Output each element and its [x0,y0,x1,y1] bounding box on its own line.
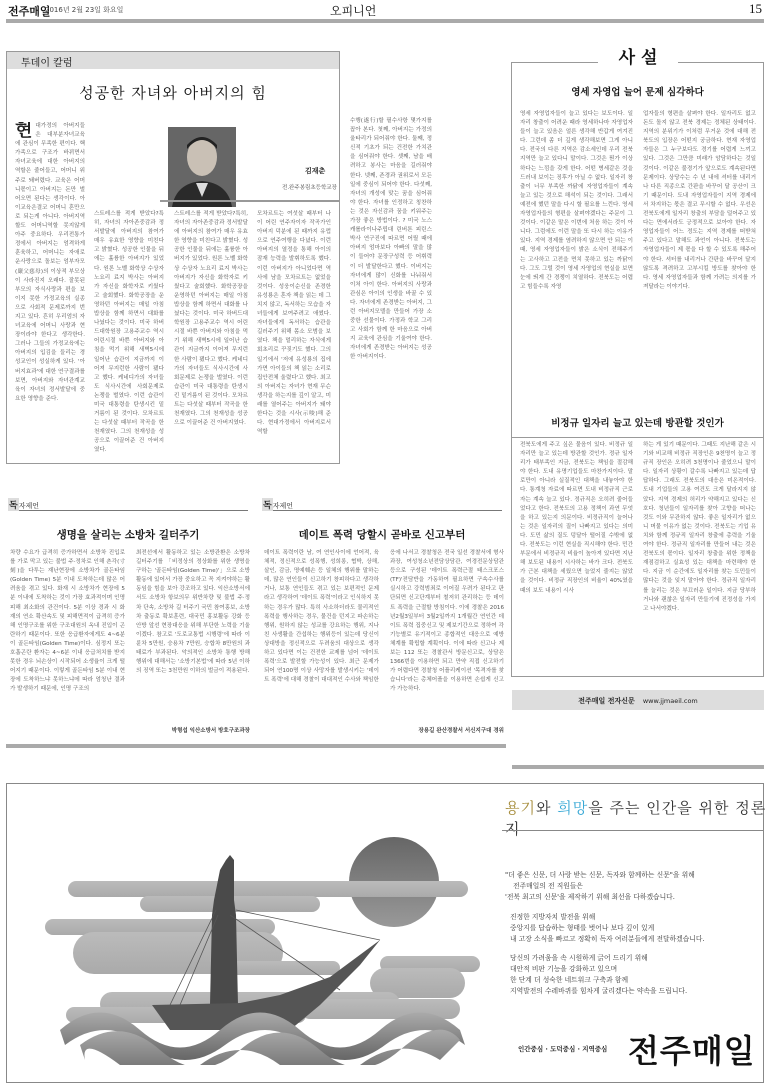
reader-opinion-2-title: 데이트 폭력 당할시 곧바로 신고부터 [262,527,502,542]
reader-tag-big: 독 [262,498,273,511]
ad-footer-logo: 전주매일 [628,1026,756,1072]
reader-opinion-1-tag: 독자제언 [8,497,248,511]
today-column-title: 성공한 자녀와 아버지의 힘 [0,82,346,103]
author-divider [160,200,340,202]
issue-date: 2016년 2월 23일 화요일 [45,5,123,15]
ad-paragraph-2: 진정한 지방자치 발전을 위해 중앙지를 답습하는 형태를 벗어나 보다 깊이 … [510,912,765,945]
author-photo [168,127,236,207]
today-column-text-col2: 스트레스를 적게 받았다?특히, 자녀의 자아존중감과 정서발달에 아버지의 참… [94,122,164,452]
reader-opinion-1-col1: 차량 수요가 급격히 증가하면서 소방차 진입로를 가로 막고 있는 불법 주·… [10,549,125,735]
editorial-section-rule [512,765,764,769]
web-edition-bar[interactable]: 전주매일 전자신문 www.jjmaeil.com [512,690,764,710]
editorial-2-title: 비정규 일자리 늘고 있는데 방관할 것인가 [512,415,763,429]
spacer65 [94,117,95,118]
author-title: 전.완주봉림초등학교장 [282,183,337,191]
editorial-1-col1: 영세 자영업자들이 늘고 있다는 보도이다. 일자리 창출이 어려운 때라 영세… [520,110,633,392]
section-title: 오피니언 [330,2,376,19]
reader-opinion-1-title: 생명을 살리는 소방차 길터주기 [8,527,248,542]
reader-opinion-2-tag: 독자제언 [262,497,502,511]
reader-opinion-1-byline: 박형섭 익산소방서 방호구조과장 [136,726,250,734]
reader-opinion-2-col1: 데이트 폭력이란 남, 여 연인사이에 언어적, 육체적, 정신적으로 성폭행,… [264,549,379,735]
reader-opinion-2-byline: 장용길 완산경찰서 서신지구대 경위 [390,726,504,734]
today-column-text-col2b: 스트레스를 적게 받았다?특히, 자녀의 자아존중감과 정서발달에 아버지의 참… [174,210,248,452]
today-column-text-col1: 현대가정의 아버지들은 대부분자녀교육에 관심이 무족한 편이다. 핵가족으로 … [15,122,85,452]
page-number: 15 [749,1,762,17]
dropcap: 현 [15,122,32,140]
header-rule [6,19,764,23]
ad-paragraph-3: 당신의 가려움을 속 시원하게 긁어 드리기 위해 대안적 비판 기능을 강화하… [510,953,765,997]
web-edition-url[interactable]: www.jjmaeil.com [643,697,698,705]
author-name: 김재춘 [305,166,325,176]
editorial-1-col2: 업자들의 형편을 살펴야 한다. 일자리도 없고 돈도 돌지 않고 전북 경제는… [643,110,756,392]
web-edition-label: 전주매일 전자신문 [578,697,635,705]
editorial-1-title: 영세 자영업 늘어 문제 심각하다 [512,84,763,98]
today-column-text-col3: 모차르트는 여섯살 때부터 나이 어린 연주자이자 작곡가인 아버지 덕분에 된… [257,210,331,452]
today-column-text-col4: 수행(遂行)할 필수사항 몇가지를 꼽아 본다. 첫째, 아버지는 가정의 울타… [350,117,432,452]
today-column-label: 투데이 칼럼 [7,52,339,69]
ad-slogan-rule [502,830,764,831]
editorial-2-col1: 전북도에게 주고 싶은 물음이 있다. 비정규 일자리만 늘고 있는데 방관할 … [520,441,633,663]
reader-section-rule [6,744,506,748]
reader-opinion-2-col2: 응에 나서고 경찰청은 전국 일선 경찰서에 형사과장, 여성청소년전담상담관,… [390,549,504,723]
ad-slogan: 용기와 희망을 주는 인간을 위한 정론지 [505,797,770,839]
reader-tag-big: 독 [8,498,19,511]
reader-opinion-1-col2: 최전선에서 활동하고 있는 소방관환은 소방차 길터주기를 「비정상의 정상화를… [136,549,250,723]
ship-illustration [40,815,500,1065]
ad-paragraph-1: "더 좋은 신문, 더 사랑 받는 신문, 독자와 함께하는 신문"을 위해 전… [505,870,765,903]
editorial-2-col2: 하는 게 있기 때문이다. 그때도 지난해 같은 시기와 비교해 비정규 직장인… [643,441,756,663]
ad-footer-tagline: 인간중심 · 도덕중심 · 지역중심 [518,1044,607,1053]
editorial-label: 사 설 [598,43,678,68]
